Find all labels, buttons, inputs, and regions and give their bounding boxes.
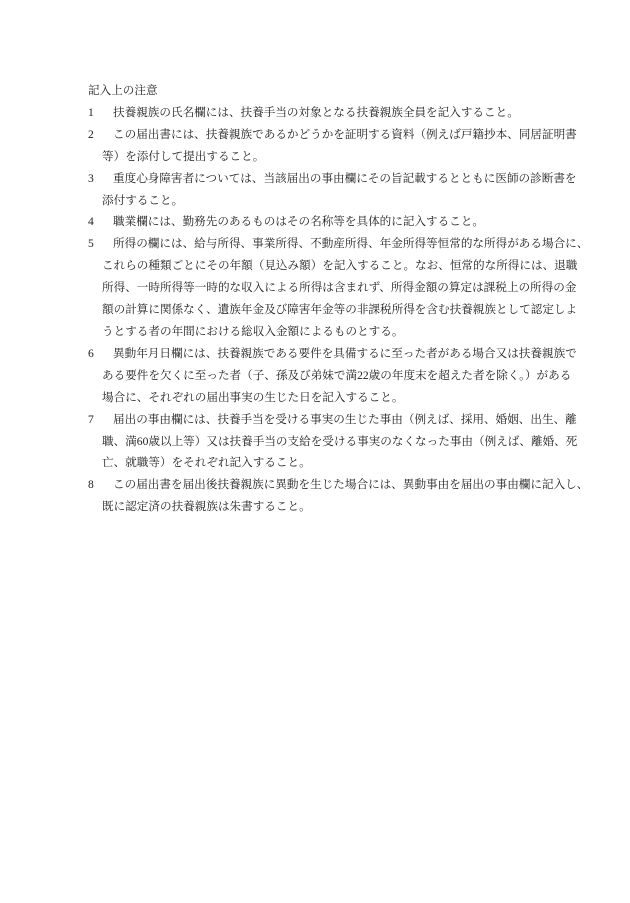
note-item-line: 額の計算に関係なく、遺族年金及び障害年金等の非課税所得を含む扶養親族として認定し… (102, 299, 588, 321)
notes-section: 記入上の注意 1扶養親族の氏名欄には、扶養手当の対象となる扶養親族全員を記入する… (88, 80, 588, 518)
note-item: 6異動年月日欄には、扶養親族である要件を具備するに至った者がある場合又は扶養親族… (88, 343, 588, 409)
note-item-line: 異動年月日欄には、扶養親族である要件を具備するに至った者がある場合又は扶養親族で (102, 343, 588, 365)
note-item: 4職業欄には、勤務先のあるものはその名称等を具体的に記入すること。 (88, 211, 588, 233)
note-item: 1扶養親族の氏名欄には、扶養手当の対象となる扶養親族全員を記入すること。 (88, 102, 588, 124)
note-item-line: この届出書を届出後扶養親族に異動を生じた場合には、異動事由を届出の事由欄に記入し… (102, 474, 588, 496)
note-item-line: 亡、就職等）をそれぞれ記入すること。 (102, 452, 588, 474)
note-item-line: 等）を添付して提出すること。 (102, 146, 588, 168)
note-item-number: 3 (88, 168, 94, 190)
note-item-text: 所得の欄には、給与所得、事業所得、不動産所得、年金所得等恒常的な所得がある場合に… (102, 233, 588, 343)
note-item-line: 添付すること。 (102, 190, 588, 212)
note-item-text: 職業欄には、勤務先のあるものはその名称等を具体的に記入すること。 (102, 211, 588, 233)
note-item-line: 既に認定済の扶養親族は朱書すること。 (102, 496, 588, 518)
note-item-number: 2 (88, 124, 94, 146)
note-item-line: ある要件を欠くに至った者（子、孫及び弟妹で満22歳の年度末を超えた者を除く。）が… (102, 365, 588, 387)
note-item-number: 8 (88, 474, 94, 496)
note-item-number: 1 (88, 102, 94, 124)
page-title: 記入上の注意 (88, 80, 588, 102)
note-item-line: 職業欄には、勤務先のあるものはその名称等を具体的に記入すること。 (102, 211, 588, 233)
note-item-text: 届出の事由欄には、扶養手当を受ける事実の生じた事由（例えば、採用、婚姻、出生、離… (102, 409, 588, 475)
document-page: 記入上の注意 1扶養親族の氏名欄には、扶養手当の対象となる扶養親族全員を記入する… (0, 0, 630, 903)
note-item: 7届出の事由欄には、扶養手当を受ける事実の生じた事由（例えば、採用、婚姻、出生、… (88, 409, 588, 475)
note-item-line: 届出の事由欄には、扶養手当を受ける事実の生じた事由（例えば、採用、婚姻、出生、離 (102, 409, 588, 431)
note-item-text: 異動年月日欄には、扶養親族である要件を具備するに至った者がある場合又は扶養親族で… (102, 343, 588, 409)
note-item-text: この届出書には、扶養親族であるかどうかを証明する資料（例えば戸籍抄本、同居証明書… (102, 124, 588, 168)
note-item-text: 扶養親族の氏名欄には、扶養手当の対象となる扶養親族全員を記入すること。 (102, 102, 588, 124)
note-item-line: 所得、一時所得等一時的な収入による所得は含まれず、所得金額の算定は課税上の所得の… (102, 277, 588, 299)
note-item-text: 重度心身障害者については、当該届出の事由欄にその旨記載するとともに医師の診断書を… (102, 168, 588, 212)
note-item-number: 7 (88, 409, 94, 431)
note-item-line: 扶養親族の氏名欄には、扶養手当の対象となる扶養親族全員を記入すること。 (102, 102, 588, 124)
note-item-number: 5 (88, 233, 94, 255)
note-item-text: この届出書を届出後扶養親族に異動を生じた場合には、異動事由を届出の事由欄に記入し… (102, 474, 588, 518)
note-item-line: 職、満60歳以上等）又は扶養手当の支給を受ける事実のなくなった事由（例えば、離婚… (102, 431, 588, 453)
note-item-number: 4 (88, 211, 94, 233)
note-item: 5所得の欄には、給与所得、事業所得、不動産所得、年金所得等恒常的な所得がある場合… (88, 233, 588, 343)
note-item: 2この届出書には、扶養親族であるかどうかを証明する資料（例えば戸籍抄本、同居証明… (88, 124, 588, 168)
notes-list: 1扶養親族の氏名欄には、扶養手当の対象となる扶養親族全員を記入すること。2この届… (88, 102, 588, 518)
note-item-line: この届出書には、扶養親族であるかどうかを証明する資料（例えば戸籍抄本、同居証明書 (102, 124, 588, 146)
note-item: 3重度心身障害者については、当該届出の事由欄にその旨記載するとともに医師の診断書… (88, 168, 588, 212)
note-item: 8この届出書を届出後扶養親族に異動を生じた場合には、異動事由を届出の事由欄に記入… (88, 474, 588, 518)
note-item-line: 場合に、それぞれの届出事実の生じた日を記入すること。 (102, 387, 588, 409)
note-item-line: これらの種類ごとにその年額（見込み額）を記入すること。なお、恒常的な所得には、退… (102, 255, 588, 277)
note-item-line: 所得の欄には、給与所得、事業所得、不動産所得、年金所得等恒常的な所得がある場合に… (102, 233, 588, 255)
note-item-number: 6 (88, 343, 94, 365)
note-item-line: 重度心身障害者については、当該届出の事由欄にその旨記載するとともに医師の診断書を (102, 168, 588, 190)
note-item-line: うとする者の年間における総収入金額によるものとする。 (102, 321, 588, 343)
